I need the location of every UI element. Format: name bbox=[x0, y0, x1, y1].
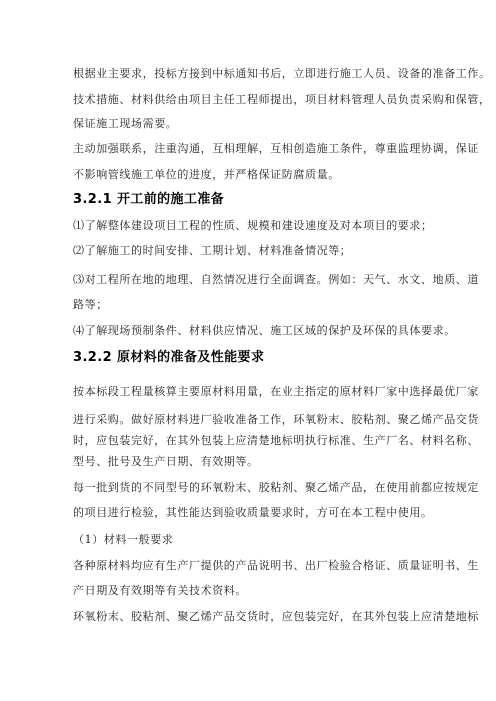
list-item-continuation: 路等； bbox=[73, 298, 425, 312]
intro-line: 保证施工现场需要。 bbox=[73, 117, 425, 131]
intro-line: 主动加强联系，注重沟通，互相理解，互相创造施工条件，尊重监理协调，保证 bbox=[73, 142, 425, 156]
list-item: ⑴了解整体建设项目工程的性质、规模和建设速度及对本项目的要求； bbox=[73, 219, 425, 233]
paragraph-line: 产日期及有效期等有关技术资料。 bbox=[73, 584, 425, 598]
paragraph-line: 各种原材料均应有生产厂提供的产品说明书、出厂检验合格证、质量证明书、生 bbox=[73, 559, 425, 573]
section-heading-3-2-2: 3.2.2 原材料的准备及性能要求 bbox=[73, 351, 425, 365]
document-page: 根据业主要求，投标方接到中标通知书后，立即进行施工人员、设备的准备工作。 技术措… bbox=[0, 0, 496, 701]
paragraph-line: 环氧粉末、胶粘剂、聚乙烯产品交货时，应包装完好，在其外包装上应清楚地标 bbox=[73, 610, 425, 624]
list-item: ⑶对工程所在地的地理、自然情况进行全面调查。例如：天气、水文、地质、道 bbox=[73, 273, 425, 287]
paragraph-line: 每一批到货的不同型号的环氧粉末、胶粘剂、聚乙烯产品，在使用前都应按规定 bbox=[73, 481, 425, 495]
section-heading-3-2-1: 3.2.1 开工前的施工准备 bbox=[73, 193, 425, 207]
paragraph-line: 时，应包装完好，在其外包装上应清楚地标明执行标准、生产厂名、材料名称、 bbox=[73, 434, 425, 448]
paragraph-line: 进行采购。做好原材料进厂验收准备工作，环氧粉末、胶粘剂、聚乙烯产品交货 bbox=[73, 413, 425, 427]
intro-line: 技术措施、材料供给由项目主任工程师提出，项目材料管理人员负责采购和保管， bbox=[73, 93, 425, 107]
list-item: ⑷了解现场预制条件、材料供应情况、施工区域的保护及环保的具体要求。 bbox=[73, 324, 425, 338]
subheading-material-requirements: （1）材料一般要求 bbox=[73, 533, 425, 547]
paragraph-line: 型号、批号及生产日期、有效期等。 bbox=[73, 455, 425, 469]
intro-line: 不影响管线施工单位的进度，并严格保证防腐质量。 bbox=[73, 168, 425, 182]
list-item: ⑵了解施工的时间安排、工期计划、材料准备情况等； bbox=[73, 244, 425, 258]
paragraph-line: 按本标段工程量核算主要原材料用量，在业主指定的原材料厂家中选择最优厂家 bbox=[73, 385, 425, 399]
paragraph-line: 的项目进行检验，其性能达到验收质量要求时，方可在本工程中使用。 bbox=[73, 506, 425, 520]
intro-line: 根据业主要求，投标方接到中标通知书后，立即进行施工人员、设备的准备工作。 bbox=[73, 67, 425, 81]
